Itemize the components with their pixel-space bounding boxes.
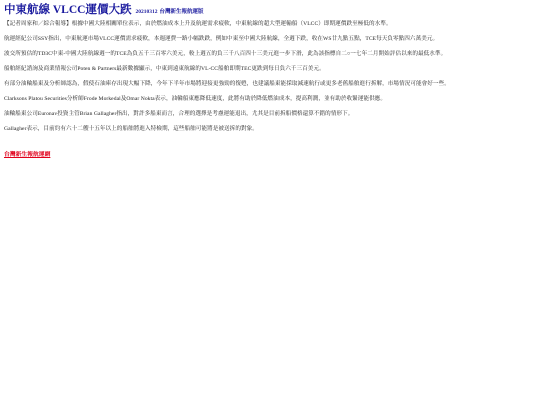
news-page: 中東航線 VLCC運價大跌 20210312 台灣新生報航運版 【記者周家和／綜… — [0, 0, 540, 160]
headline-date: 20210312 — [135, 5, 157, 20]
article-paragraph: 有部分油輪船東及分析師認為，假使石油庫存出現大幅下降，今年下半年市場將迎接更強勁… — [4, 81, 536, 88]
article-paragraph: 【記者周家和／綜合報導】根據中國大陸相關單位表示，由於燃油成本上升及航運需求疲軟… — [4, 21, 536, 28]
headline: 中東航線 VLCC運價大跌 20210312 台灣新生報航運版 — [4, 3, 536, 18]
article-paragraph: 船舶經紀諮詢及商業情報公司Poten & Partners最新數據顯示，中東到遠… — [4, 66, 536, 73]
article-body: 【記者周家和／綜合報導】根據中國大陸相關單位表示，由於燃油成本上升及航運需求疲軟… — [4, 21, 536, 160]
article-paragraph: 油輪船東公司Euronav投資主管Brian Gallagher指出，對許多船東… — [4, 111, 536, 118]
headline-title: 中東航線 VLCC運價大跌 — [4, 3, 131, 18]
article-paragraph: 航運經紀公司SSY指出，中東航運市場VLCC運價需求疲軟，本週運費一路小幅跌跌，… — [4, 36, 536, 43]
article-paragraph: Gallagher表示，目前約有六十二艘十五年以上的船舶將進入特檢期，這些船舶可… — [4, 126, 536, 133]
headline-source: 台灣新生報航運版 — [159, 5, 203, 20]
article-paragraph: Clarksons Platou Securities分析師Frode Mork… — [4, 96, 536, 103]
article-paragraph: 波交所預估的TD3C中東-中國大陸航線週一的TCE為負五千三百零六美元，較上週五… — [4, 51, 536, 58]
source-link[interactable]: 台灣新生報航運網 — [4, 149, 50, 158]
